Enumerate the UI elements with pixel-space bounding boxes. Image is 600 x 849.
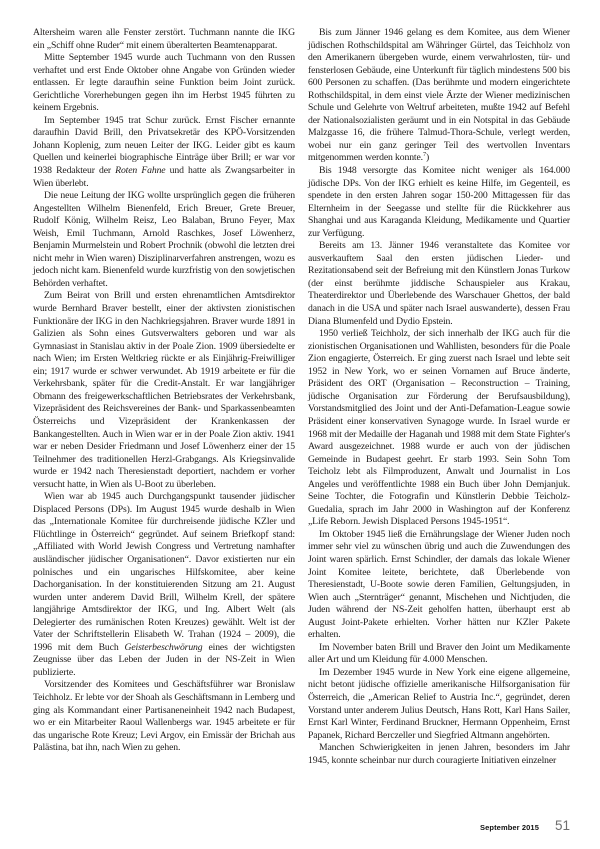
paragraph: Altersheim waren alle Fenster zerstört. …	[33, 27, 295, 52]
text-run: Im Oktober 1945 ließ die Ernährungslage …	[308, 529, 570, 640]
paragraph: Im Oktober 1945 ließ die Ernährungslage …	[308, 529, 570, 642]
left-column: Altersheim waren alle Fenster zerstört. …	[33, 27, 295, 767]
issue-date: September 2015	[480, 823, 539, 832]
page-body: Altersheim waren alle Fenster zerstört. …	[33, 27, 570, 767]
text-run: Im November baten Brill und Braver den J…	[308, 642, 570, 666]
page-footer: September 2015 51	[480, 818, 570, 833]
text-run: 1950 verließ Teichholz, der sich innerha…	[308, 328, 570, 527]
paragraph: Im Dezember 1945 wurde in New York eine …	[308, 667, 570, 742]
paragraph: Zum Beirat von Brill und ersten ehrenamt…	[33, 290, 295, 491]
text-run: Vorsitzender des Komitees und Geschäftsf…	[33, 679, 295, 753]
italic-text-run: Geisterbeschwörung	[124, 642, 202, 653]
text-run: Im Dezember 1945 wurde in New York eine …	[308, 667, 570, 741]
right-column: Bis zum Jänner 1946 gelang es dem Komite…	[308, 27, 570, 767]
paragraph: Vorsitzender des Komitees und Geschäftsf…	[33, 679, 295, 754]
paragraph: Im September 1945 trat Schur zurück. Ern…	[33, 115, 295, 190]
paragraph: Bis zum Jänner 1946 gelang es dem Komite…	[308, 27, 570, 165]
italic-text-run: Roten Fahne	[115, 165, 165, 176]
paragraph: Die neue Leitung der IKG wollte ursprüng…	[33, 190, 295, 290]
text-run: Die neue Leitung der IKG wollte ursprüng…	[33, 190, 295, 289]
text-run: Manchen Schwierigkeiten in jenen Jahren,…	[308, 742, 570, 766]
paragraph: Im November baten Brill und Braver den J…	[308, 642, 570, 667]
paragraph: Bis 1948 versorgte das Komitee nicht wen…	[308, 165, 570, 240]
text-run: Mitte September 1945 wurde auch Tuchmann…	[33, 52, 295, 113]
text-run: Bis 1948 versorgte das Komitee nicht wen…	[308, 165, 570, 239]
text-run: Altersheim waren alle Fenster zerstört. …	[33, 27, 295, 51]
page-number: 51	[555, 818, 570, 833]
paragraph: 1950 verließ Teichholz, der sich innerha…	[308, 328, 570, 529]
text-run: Bereits am 13. Jänner 1946 veranstaltete…	[308, 240, 570, 326]
paragraph: Bereits am 13. Jänner 1946 veranstaltete…	[308, 240, 570, 328]
text-run: Wien war ab 1945 auch Durchgangspunkt ta…	[33, 491, 295, 653]
text-run: )	[426, 152, 429, 163]
paragraph: Manchen Schwierigkeiten in jenen Jahren,…	[308, 742, 570, 767]
paragraph: Wien war ab 1945 auch Durchgangspunkt ta…	[33, 491, 295, 679]
paragraph: Mitte September 1945 wurde auch Tuchmann…	[33, 52, 295, 115]
text-run: Bis zum Jänner 1946 gelang es dem Komite…	[308, 27, 570, 163]
text-run: Zum Beirat von Brill und ersten ehrenamt…	[33, 290, 295, 489]
